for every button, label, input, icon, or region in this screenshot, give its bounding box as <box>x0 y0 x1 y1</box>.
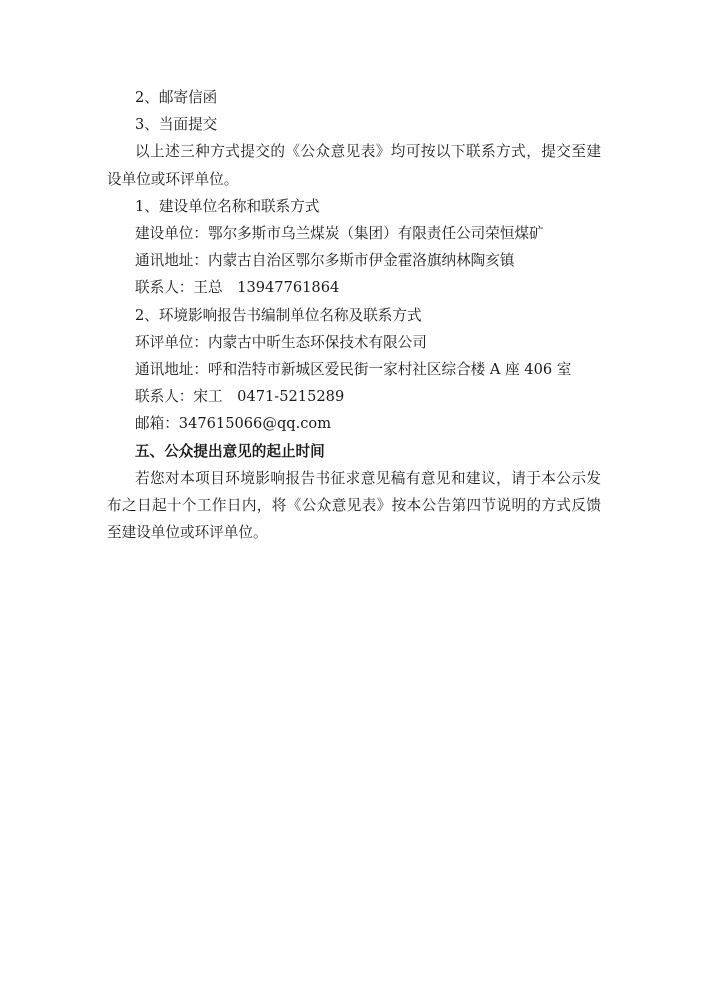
eia-unit-address: 通讯地址：呼和浩特市新城区爱民街一家村社区综合楼 A 座 406 室 <box>107 356 601 383</box>
section-heading-construction-unit: 1、建设单位名称和联系方式 <box>107 193 601 220</box>
construction-unit-contact: 联系人：王总 13947761864 <box>107 274 601 301</box>
construction-unit-name: 建设单位：鄂尔多斯市乌兰煤炭（集团）有限责任公司荣恒煤矿 <box>107 220 601 247</box>
construction-unit-address: 通讯地址：内蒙古自治区鄂尔多斯市伊金霍洛旗纳林陶亥镇 <box>107 247 601 274</box>
document-page: 2、邮寄信函 3、当面提交 以上述三种方式提交的《公众意见表》均可按以下联系方式… <box>107 84 601 546</box>
section-heading-comment-period: 五、公众提出意见的起止时间 <box>107 438 601 465</box>
section-heading-eia-unit: 2、环境影响报告书编制单位名称及联系方式 <box>107 302 601 329</box>
submission-paragraph: 以上述三种方式提交的《公众意见表》均可按以下联系方式，提交至建设单位或环评单位。 <box>107 138 601 192</box>
list-item-in-person: 3、当面提交 <box>107 111 601 138</box>
eia-unit-email: 邮箱：347615066@qq.com <box>107 410 601 437</box>
list-item-mail: 2、邮寄信函 <box>107 84 601 111</box>
comment-period-paragraph: 若您对本项目环境影响报告书征求意见稿有意见和建议，请于本公示发布之日起十个工作日… <box>107 465 601 547</box>
eia-unit-name: 环评单位：内蒙古中昕生态环保技术有限公司 <box>107 329 601 356</box>
eia-unit-contact: 联系人：宋工 0471-5215289 <box>107 383 601 410</box>
